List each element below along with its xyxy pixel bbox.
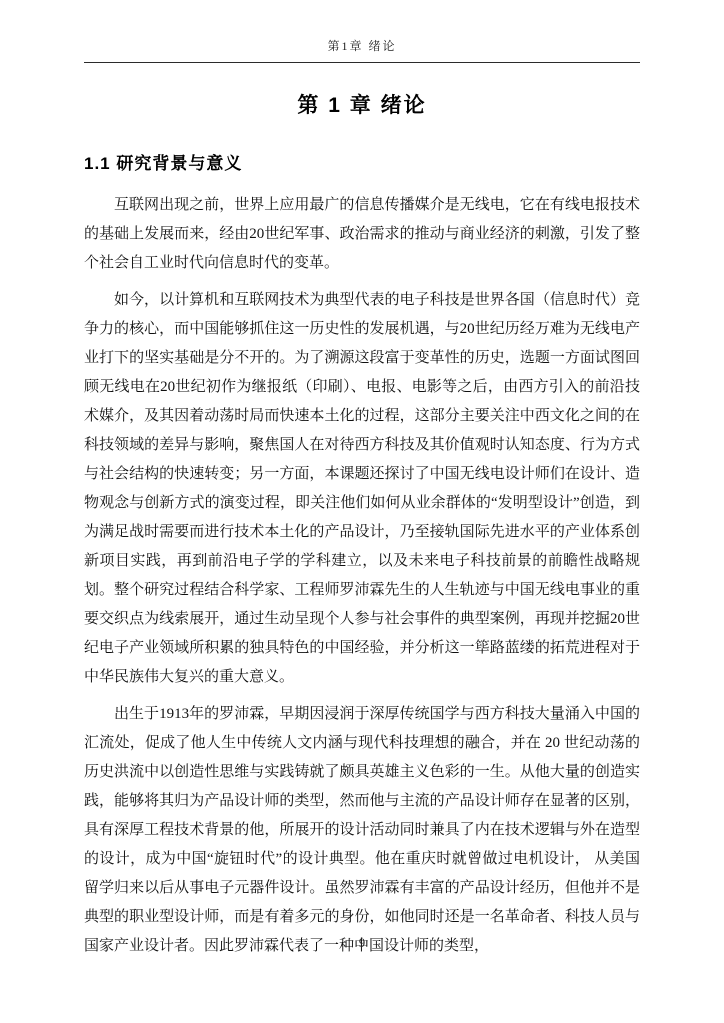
- document-page: 第1章 绪论 第 1 章 绪论 1.1 研究背景与意义 互联网出现之前，世界上应…: [0, 0, 724, 1023]
- running-header: 第1章 绪论: [84, 38, 640, 54]
- header-rule: [84, 62, 640, 63]
- paragraph-intro: 互联网出现之前，世界上应用最广的信息传播媒介是无线电，它在有线电报技术的基础上发…: [84, 191, 640, 278]
- chapter-title: 第 1 章 绪论: [84, 89, 640, 119]
- running-header-text: 第1章 绪论: [327, 39, 396, 53]
- page-number: 9: [0, 936, 724, 951]
- paragraph-luo-peilin-background: 出生于1913年的罗沛霖，早期因浸润于深厚传统国学与西方科技大量涌入中国的汇流处…: [84, 700, 640, 961]
- paragraph-topic-overview: 如今，以计算机和互联网技术为典型代表的电子科技是世界各国（信息时代）竞争力的核心…: [84, 286, 640, 692]
- section-heading: 1.1 研究背景与意义: [84, 149, 640, 174]
